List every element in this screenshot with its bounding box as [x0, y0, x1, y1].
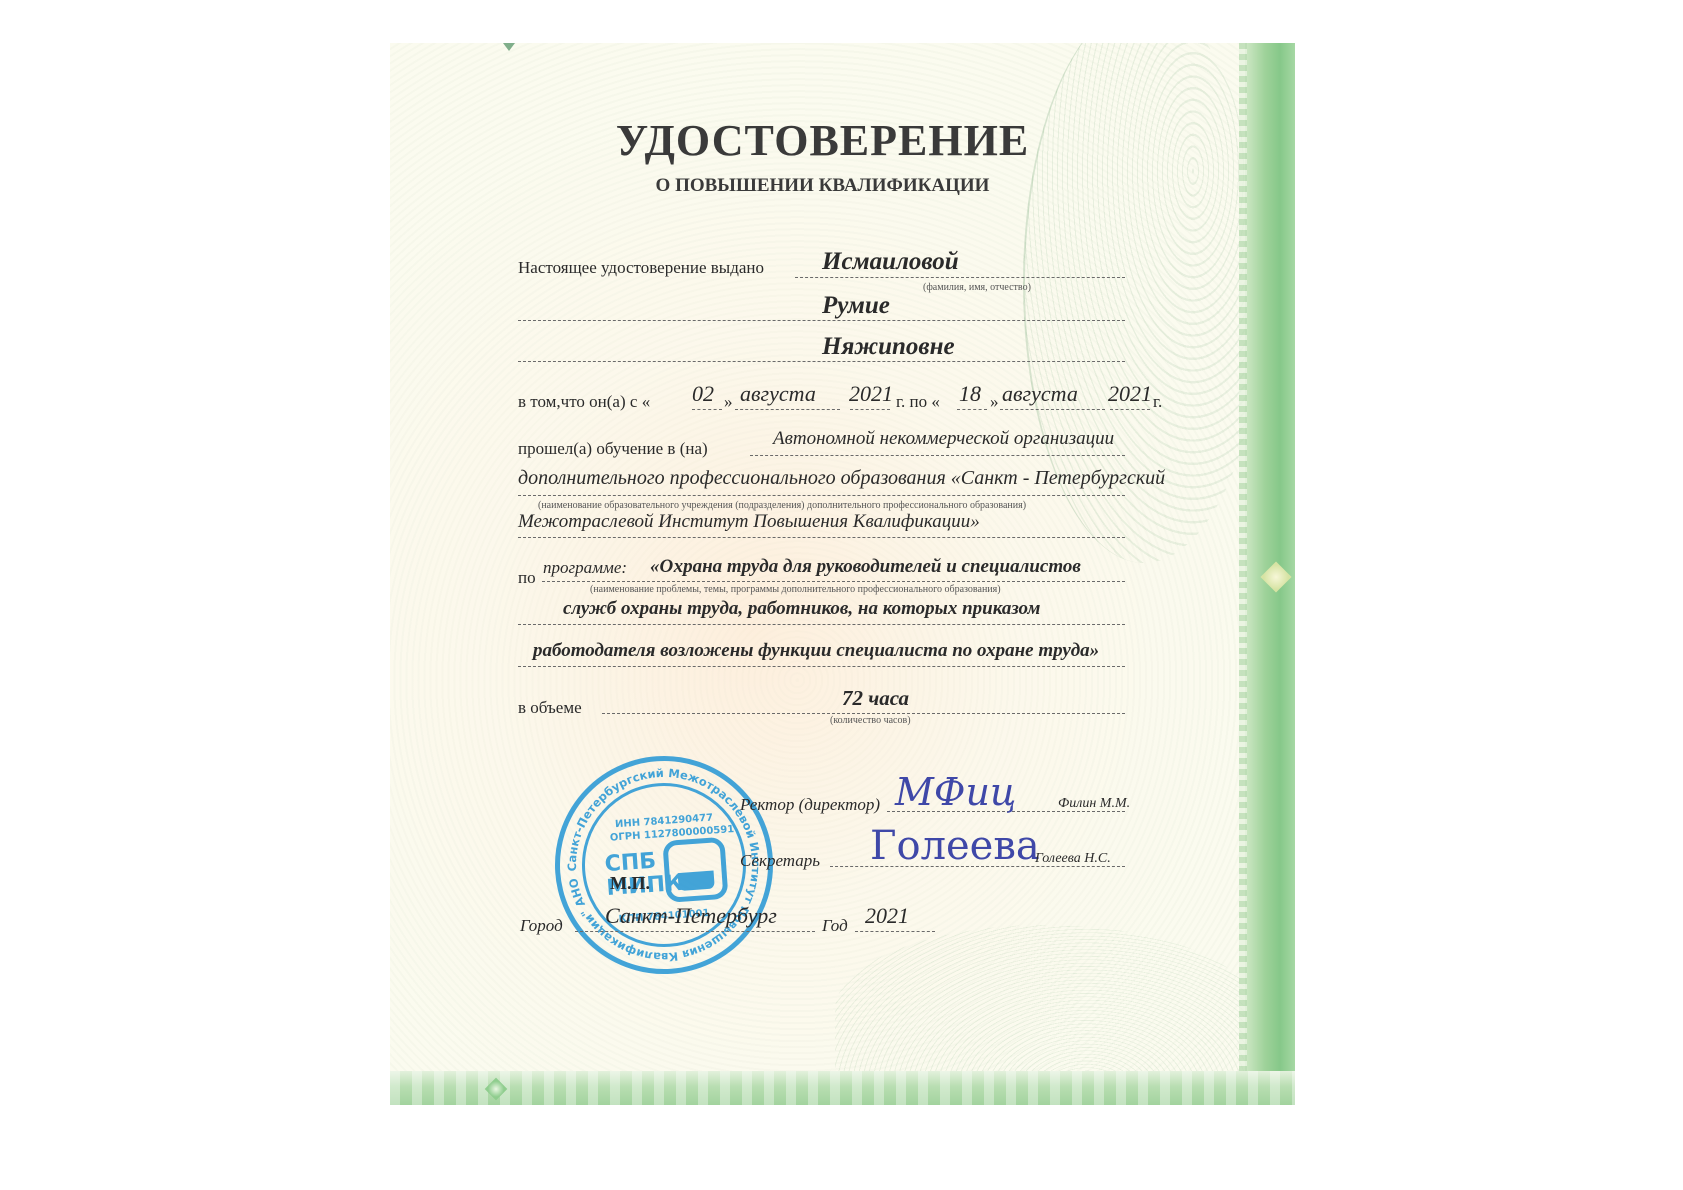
trained-label: прошел(а) обучение в (на) [518, 439, 708, 459]
to-label-text: г. по [896, 392, 927, 411]
surname-value: Исмаиловой [822, 248, 959, 276]
program-hint: (наименование проблемы, темы, программы … [590, 584, 1001, 595]
document-subtitle: О ПОВЫШЕНИИ КВАЛИФИКАЦИИ [390, 175, 1255, 197]
fill-line [575, 931, 815, 932]
org-hint: (наименование образовательного учреждени… [538, 500, 1026, 511]
issued-to-label: Настоящее удостоверение выдано [518, 258, 764, 278]
fill-line [795, 277, 1125, 278]
fill-line [750, 455, 1125, 456]
from-month-value: августа [740, 381, 816, 407]
fill-line [602, 713, 1125, 714]
patronymic-value: Няжиповне [822, 333, 955, 361]
quote-close: » [724, 392, 733, 412]
from-day-value: 02 [692, 381, 714, 407]
fill-line [1000, 409, 1105, 410]
to-day-value: 18 [959, 381, 981, 407]
program-prefix: программе: [543, 558, 627, 578]
name-value: Румие [822, 292, 890, 320]
certificate-sheet: УДОСТОВЕРЕНИЕ О ПОВЫШЕНИИ КВАЛИФИКАЦИИ Н… [390, 43, 1295, 1105]
quote-open: « [931, 392, 940, 411]
volume-label: в объеме [518, 698, 582, 718]
program-line-2: служб охраны труда, работников, на котор… [563, 598, 1040, 620]
fill-line [855, 931, 935, 932]
fio-hint: (фамилия, имя, отчество) [923, 282, 1031, 293]
from-year-value: 2021 [849, 381, 893, 407]
program-line-3: работодателя возложены функции специалис… [533, 640, 1099, 662]
to-label: г. по « [896, 392, 940, 412]
volume-hint: (количество часов) [830, 715, 911, 726]
fill-line [518, 320, 1125, 321]
fill-line [518, 666, 1125, 667]
quote-close: » [990, 392, 999, 412]
secretary-signature: Голеева [870, 823, 1040, 869]
fill-line [850, 409, 890, 410]
quote-open: « [642, 392, 651, 411]
city-label: Город [520, 916, 563, 936]
org-line-3: Межотраслевой Институт Повышения Квалифи… [518, 511, 980, 533]
program-line-1: «Охрана труда для руководителей и специа… [650, 556, 1081, 578]
program-label: по [518, 568, 536, 588]
rector-signature: МФиц [895, 770, 1016, 814]
rector-label: Ректор (директор) [740, 795, 880, 815]
green-border-bottom [390, 1071, 1295, 1105]
fill-line [692, 409, 722, 410]
fill-line [957, 409, 987, 410]
secretary-name: Голеева Н.С. [1035, 851, 1111, 867]
fill-line [518, 537, 1125, 538]
document-title: УДОСТОВЕРЕНИЕ [390, 115, 1255, 166]
fill-line [1110, 409, 1150, 410]
period-prefix: в том,что он(а) с « [518, 392, 650, 412]
secretary-label: Секретарь [740, 851, 820, 871]
year-value: 2021 [865, 903, 909, 929]
to-month-value: августа [1002, 381, 1078, 407]
org-line-1: Автономной некоммерческой организации [773, 428, 1114, 450]
guilloche-ornament-bottom-right [835, 925, 1255, 1095]
institute-logo-icon [662, 837, 728, 903]
city-value: Санкт-Петербург [605, 903, 777, 929]
fill-line [518, 624, 1125, 625]
year-suffix: г. [1153, 392, 1162, 412]
period-prefix-text: в том,что он(а) с [518, 392, 637, 411]
rector-name: Филин М.М. [1058, 796, 1130, 812]
year-label: Год [822, 916, 848, 936]
fill-line [518, 361, 1125, 362]
seal-place-label: М.П. [610, 873, 650, 894]
fill-line [735, 409, 840, 410]
fill-line [518, 495, 1125, 496]
to-year-value: 2021 [1108, 381, 1152, 407]
fill-line [542, 581, 1125, 582]
triangle-marker-icon [503, 43, 515, 51]
volume-value: 72 часа [842, 686, 909, 711]
org-line-2: дополнительного профессионального образо… [518, 467, 1165, 490]
